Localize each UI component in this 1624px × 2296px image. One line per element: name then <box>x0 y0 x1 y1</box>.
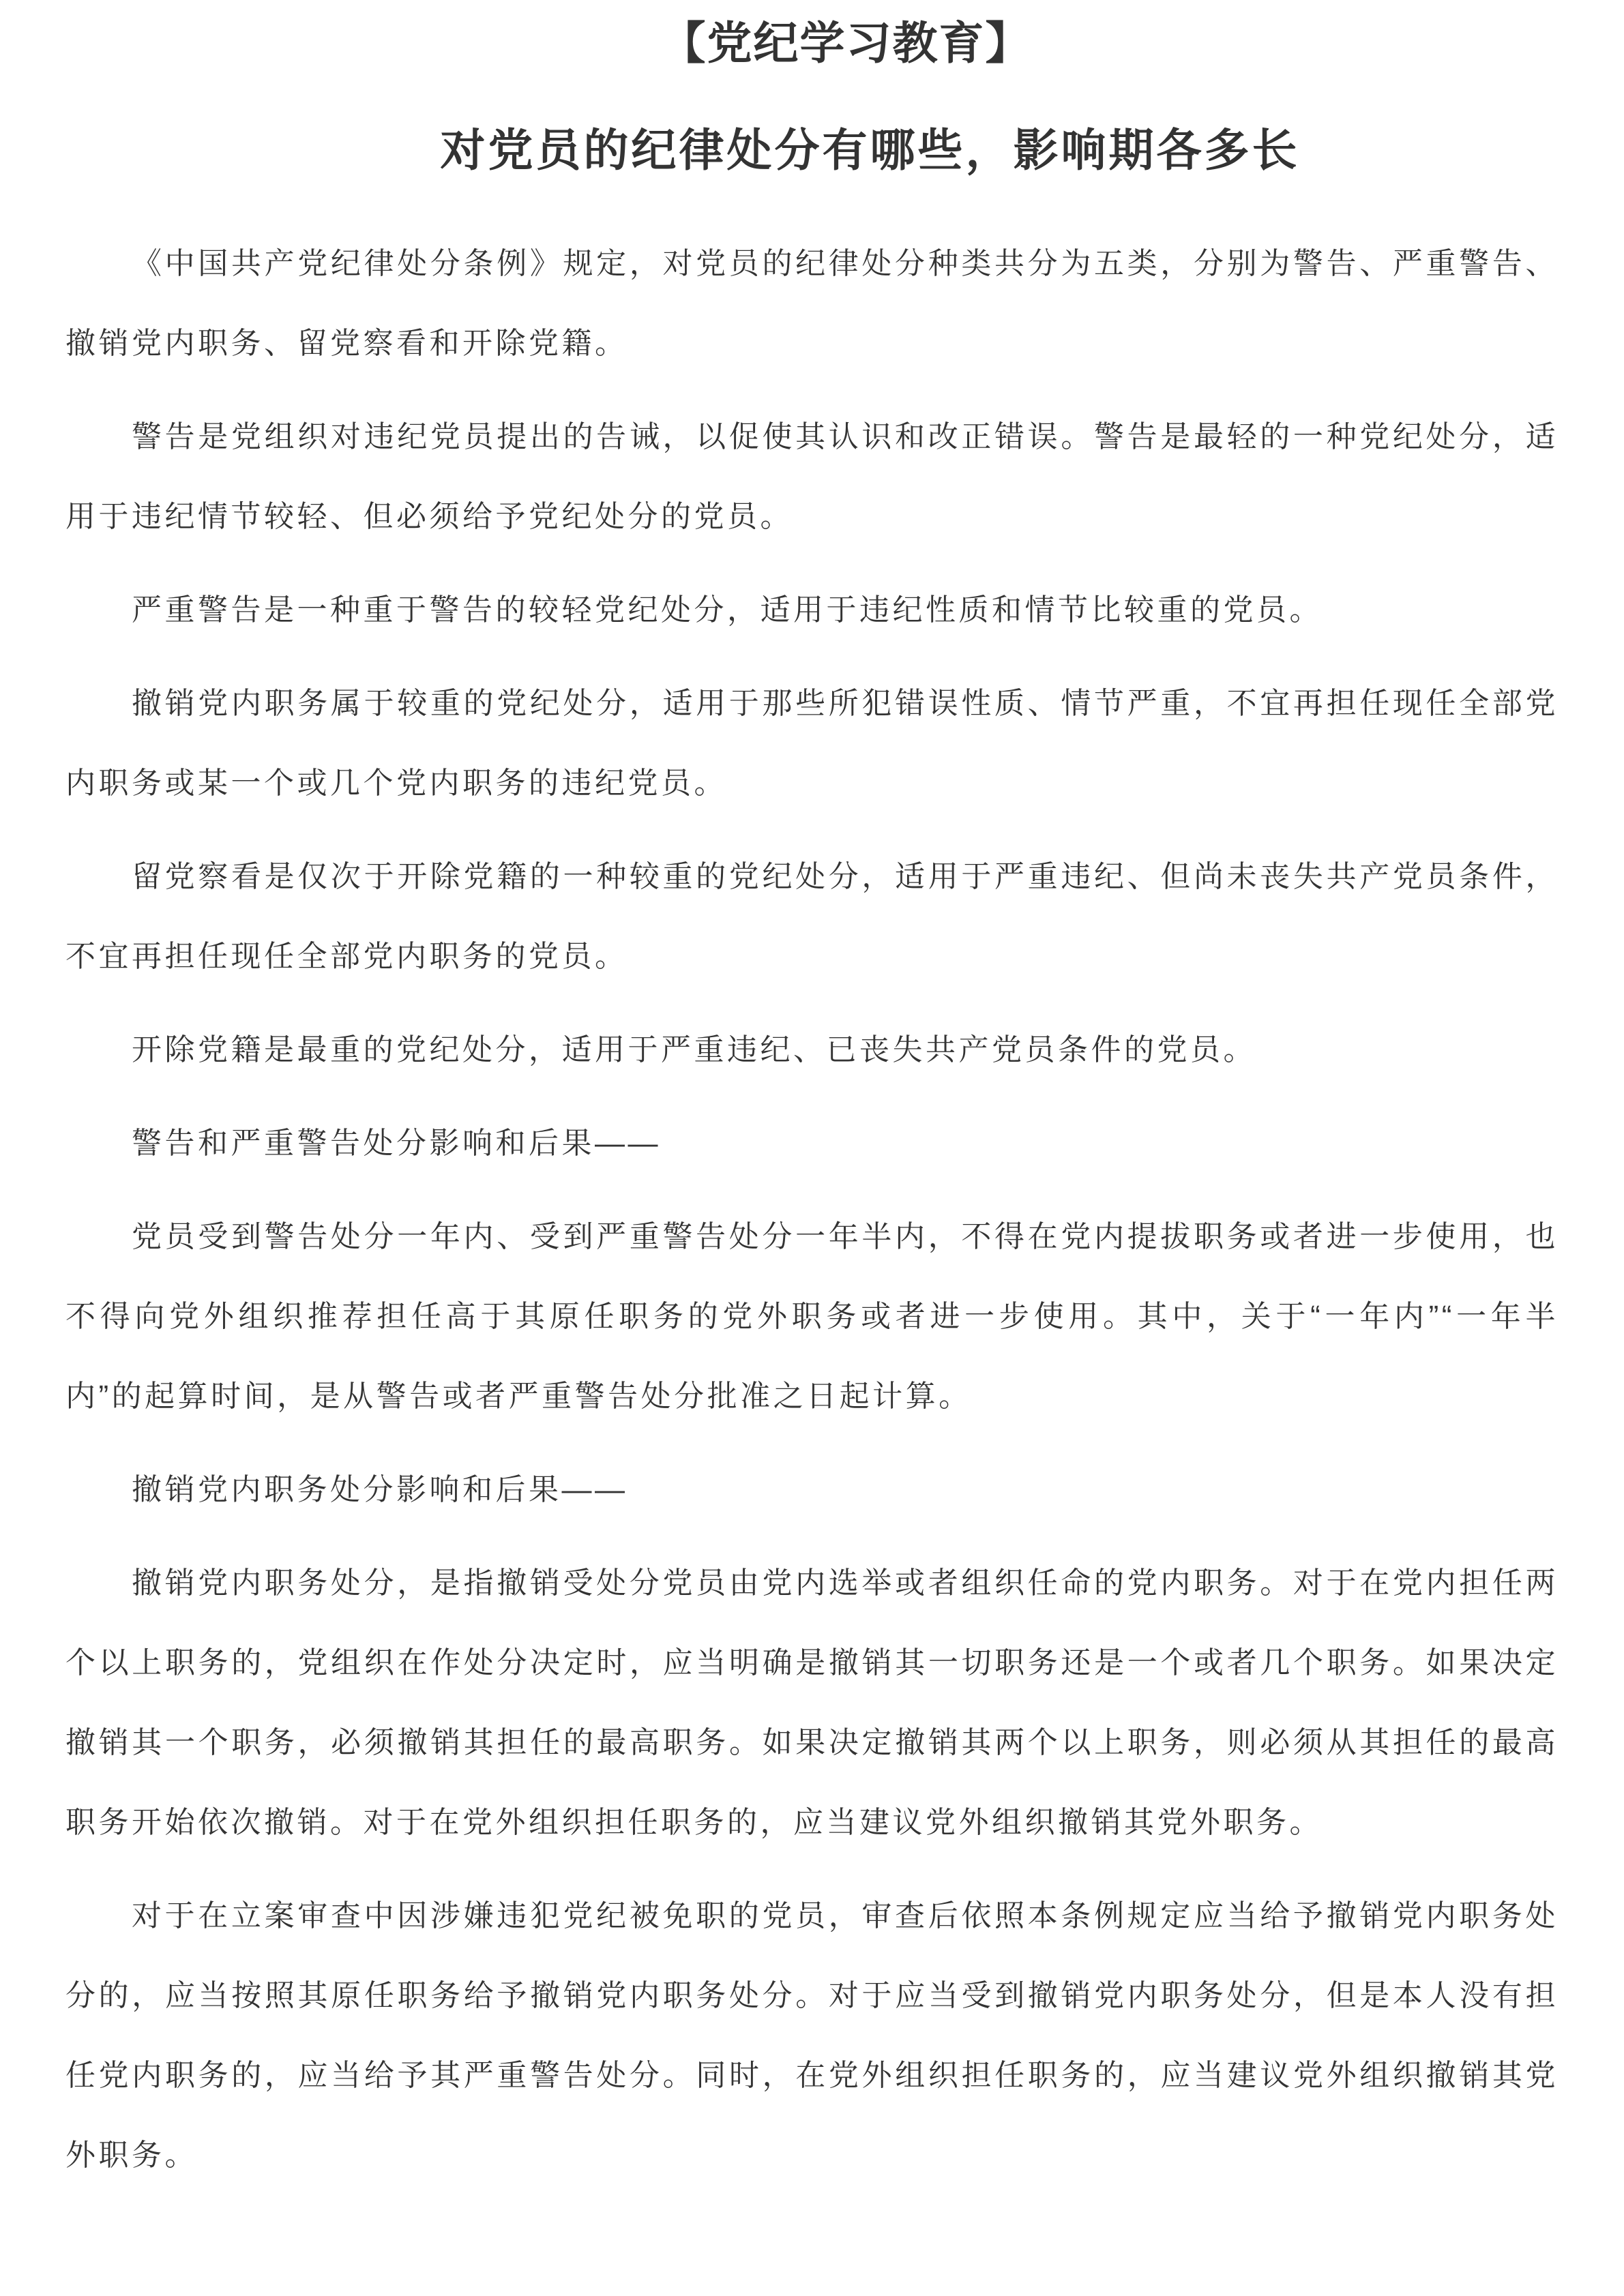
paragraph-11: 对于在立案审查中因涉嫌违犯党纪被免职的党员，审查后依照本条例规定应当给予撤销党内… <box>65 1876 1559 2195</box>
paragraph-6: 开除党籍是最重的党纪处分，适用于严重违纪、已丧失共产党员条件的党员。 <box>65 1010 1559 1090</box>
document-page: 【党纪学习教育】 对党员的纪律处分有哪些，影响期各多长 《中国共产党纪律处分条例… <box>0 0 1624 2296</box>
paragraph-9: 撤销党内职务处分影响和后果—— <box>65 1450 1559 1530</box>
paragraph-3: 严重警告是一种重于警告的较轻党纪处分，适用于违纪性质和情节比较重的党员。 <box>65 570 1559 650</box>
paragraph-5: 留党察看是仅次于开除党籍的一种较重的党纪处分，适用于严重违纪、但尚未丧失共产党员… <box>65 837 1559 996</box>
paragraph-10: 撤销党内职务处分，是指撤销受处分党员由党内选举或者组织任命的党内职务。对于在党内… <box>65 1543 1559 1862</box>
document-body: 《中国共产党纪律处分条例》规定，对党员的纪律处分种类共分为五类，分别为警告、严重… <box>65 224 1559 2195</box>
paragraph-4: 撤销党内职务属于较重的党纪处分，适用于那些所犯错误性质、情节严重，不宜再担任现任… <box>65 664 1559 823</box>
document-subtitle: 对党员的纪律处分有哪些，影响期各多长 <box>65 127 1559 175</box>
paragraph-2: 警告是党组织对违纪党员提出的告诫，以促使其认识和改正错误。警告是最轻的一种党纪处… <box>65 397 1559 556</box>
paragraph-8: 党员受到警告处分一年内、受到严重警告处分一年半内，不得在党内提拔职务或者进一步使… <box>65 1197 1559 1436</box>
document-title: 【党纪学习教育】 <box>65 20 1559 65</box>
paragraph-7: 警告和严重警告处分影响和后果—— <box>65 1103 1559 1183</box>
paragraph-1: 《中国共产党纪律处分条例》规定，对党员的纪律处分种类共分为五类，分别为警告、严重… <box>65 224 1559 383</box>
